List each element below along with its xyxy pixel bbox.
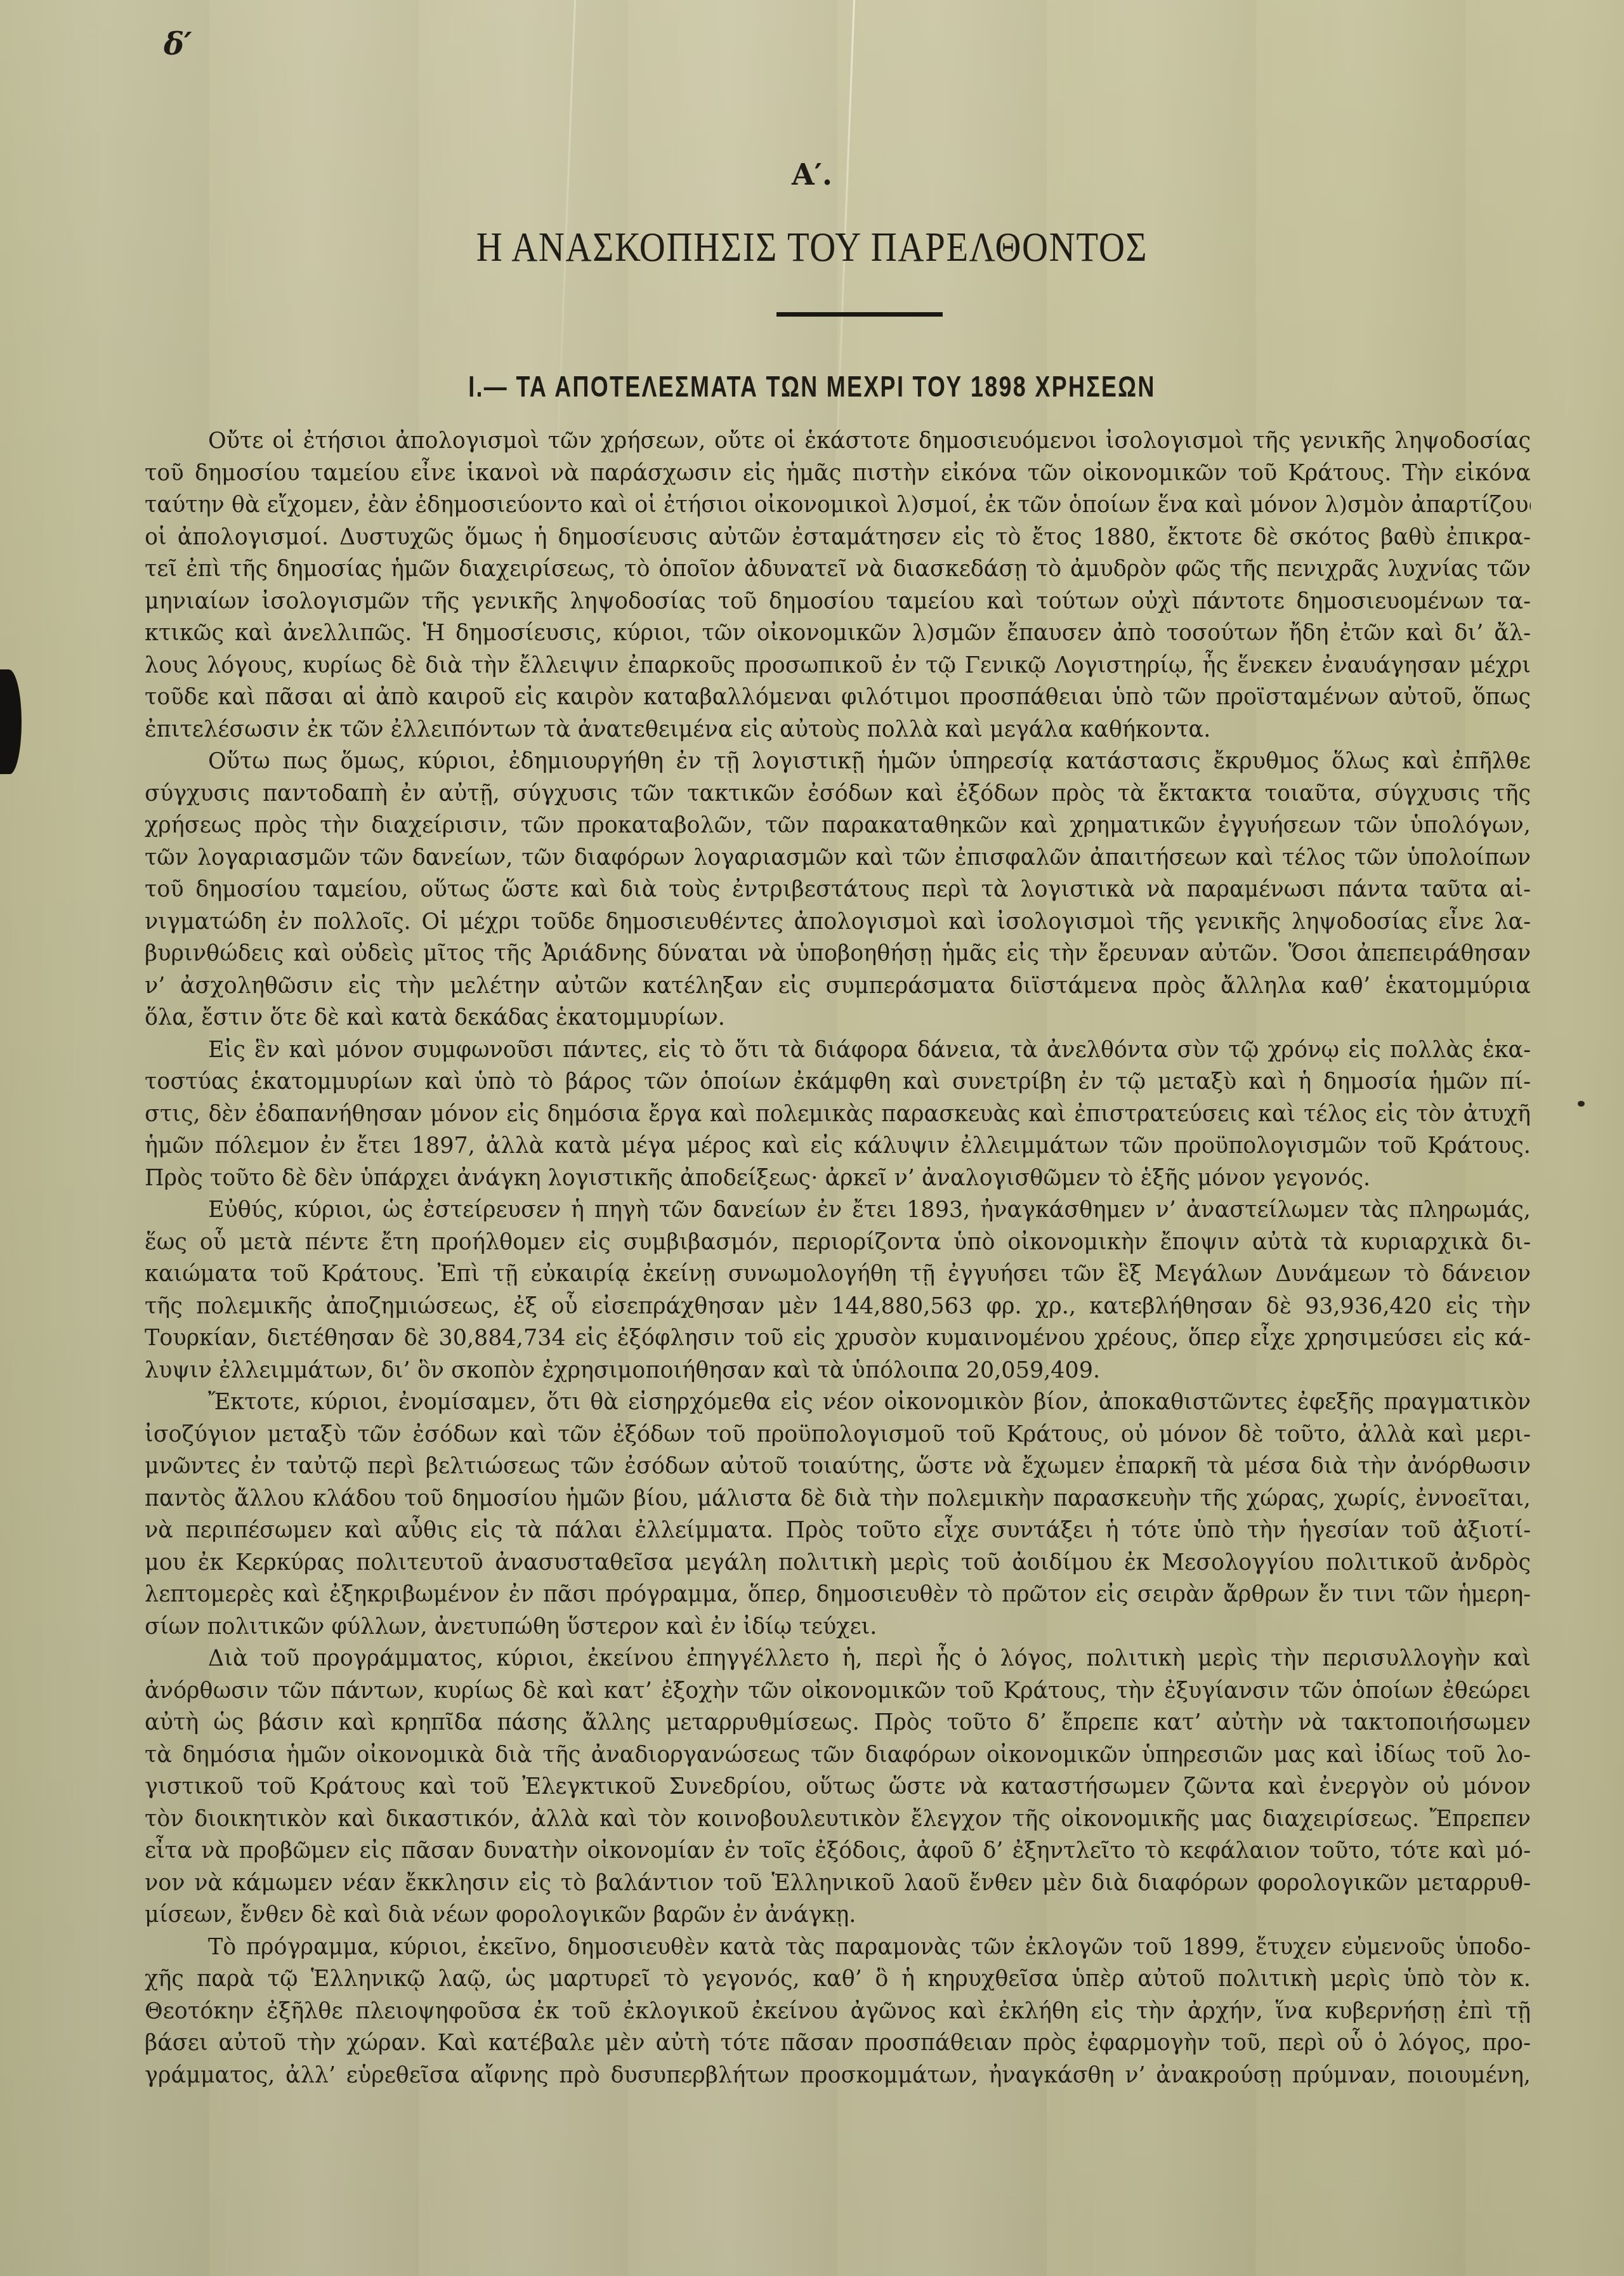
text-line: χῆς παρὰ τῷ Ἑλληνικῷ λαῷ, ὡς μαρτυρεῖ τὸ… (145, 1963, 1531, 1996)
text-line: σίων πολιτικῶν φύλλων, ἀνετυπώθη ὕστερον… (145, 1611, 1531, 1643)
text-line: ὅλα, ἔστιν ὅτε δὲ καὶ κατὰ δεκάδας ἑκατο… (145, 1002, 1531, 1034)
text-line: Θεοτόκην ἐξῆλθε πλειοψηφοῦσα ἐκ τοῦ ἐκλο… (145, 1996, 1531, 2028)
text-line: μηνιαίων ἰσολογισμῶν τῆς γενικῆς ληψοδοσ… (145, 586, 1531, 618)
text-line: σύγχυσις παντοδαπὴ ἐν αὐτῇ, σύγχυσις τῶν… (145, 778, 1531, 810)
text-line: μνῶντες ἐν ταὐτῷ περὶ βελτιώσεως τῶν ἐσό… (145, 1450, 1531, 1483)
text-line: ἀνόρθωσιν τῶν πάντων, κυρίως δὲ καὶ κατ’… (145, 1675, 1531, 1707)
section-letter: Α′. (0, 157, 1624, 192)
text-line: Τουρκίαν, διετέθησαν δὲ 30,884,734 εἰς ἐ… (145, 1322, 1531, 1355)
body-text: Οὔτε οἱ ἐτήσιοι ἀπολογισμοὶ τῶν χρήσεων,… (145, 425, 1531, 2091)
text-line: τοῦ δημοσίου ταμείου, οὕτως ὥστε καὶ διὰ… (145, 874, 1531, 906)
text-line: τοῦ δημοσίου ταμείου εἶνε ἱκανοὶ νὰ παρά… (145, 457, 1531, 490)
paragraph-first-line: Τὸ πρόγραμμα, κύριοι, ἐκεῖνο, δημοσιευθὲ… (145, 1931, 1531, 1964)
stray-ink-dot (1578, 1101, 1585, 1107)
section-subtitle: I.— ΤΑ ΑΠΟΤΕΛΕΣΜΑΤΑ ΤΩΝ ΜΕΧΡΙ ΤΟΥ 1898 Χ… (179, 369, 1446, 404)
paragraph-first-line: Οὔτε οἱ ἐτήσιοι ἀπολογισμοὶ τῶν χρήσεων,… (145, 425, 1531, 457)
text-line: μου ἐκ Κερκύρας πολιτευτοῦ ἀνασυσταθεῖσα… (145, 1547, 1531, 1579)
paragraph-first-line: Οὕτω πως ὅμως, κύριοι, ἐδημιουργήθη ἐν τ… (145, 746, 1531, 778)
text-line: γιστικοῦ τοῦ Κράτους καὶ τοῦ Ἐλεγκτικοῦ … (145, 1771, 1531, 1803)
text-line: οἱ ἀπολογισμοί. Δυστυχῶς ὅμως ἡ δημοσίευ… (145, 522, 1531, 554)
text-line: τοῦδε καὶ πᾶσαι αἱ ἀπὸ καιροῦ εἰς καιρὸν… (145, 681, 1531, 714)
text-line: βυρινθώδεις καὶ οὐδεὶς μῖτος τῆς Ἀριάδνη… (145, 938, 1531, 970)
title-divider (776, 312, 943, 317)
text-line: κτικῶς καὶ ἀνελλιπῶς. Ἡ δημοσίευσις, κύρ… (145, 617, 1531, 650)
text-line: λυψιν ἐλλειμμάτων, δι’ ὃν σκοπὸν ἐχρησιμ… (145, 1355, 1531, 1387)
page-number: δ′ (164, 27, 192, 62)
paragraph-first-line: Ἔκτοτε, κύριοι, ἐνομίσαμεν, ὅτι θὰ εἰσηρ… (145, 1386, 1531, 1419)
text-line: χρήσεως πρὸς τὴν διαχείρισιν, τῶν προκατ… (145, 810, 1531, 842)
text-line: τῆς πολεμικῆς ἀποζημιώσεως, ἐξ οὗ εἰσεπρ… (145, 1291, 1531, 1323)
text-line: ν’ ἀσχοληθῶσιν εἰς τὴν μελέτην αὐτῶν κατ… (145, 970, 1531, 1003)
text-line: αὐτὴ ὡς βάσιν καὶ κρηπῖδα πάσης ἄλλης με… (145, 1707, 1531, 1739)
text-line: νιγματώδη ἐν πολλοῖς. Οἱ μέχρι τοῦδε δημ… (145, 906, 1531, 938)
paragraph-first-line: Εὐθύς, κύριοι, ὡς ἐστείρευσεν ἡ πηγὴ τῶν… (145, 1194, 1531, 1227)
page-title: Η ΑΝΑΣΚΟΠΗΣΙΣ ΤΟΥ ΠΑΡΕΛΘΟΝΤΟΣ (114, 223, 1510, 272)
text-line: εἶτα νὰ προβῶμεν εἰς πᾶσαν δυνατὴν οἰκον… (145, 1835, 1531, 1867)
paragraph-first-line: Εἰς ἓν καὶ μόνον συμφωνοῦσι πάντες, εἰς … (145, 1034, 1531, 1067)
text-line: παντὸς ἄλλου κλάδου τοῦ δημοσίου ἡμῶν βί… (145, 1483, 1531, 1515)
text-line: ἕως οὗ μετὰ πέντε ἔτη προήλθομεν εἰς συμ… (145, 1227, 1531, 1259)
text-line: καιώματα τοῦ Κράτους. Ἐπὶ τῇ εὐκαιρίᾳ ἐκ… (145, 1258, 1531, 1291)
text-line: μίσεων, ἔνθεν δὲ καὶ διὰ νέων φορολογικῶ… (145, 1899, 1531, 1931)
text-line: τῶν λογαριασμῶν τῶν δανείων, τῶν διαφόρω… (145, 842, 1531, 874)
text-line: τὰ δημόσια ἡμῶν οἰκονομικὰ διὰ τῆς ἀναδι… (145, 1739, 1531, 1772)
paragraph-first-line: Διὰ τοῦ προγράμματος, κύριοι, ἐκείνου ἐπ… (145, 1643, 1531, 1675)
ink-blot-mark (0, 669, 22, 774)
text-line: λους λόγους, κυρίως δὲ διὰ τὴν ἔλλειψιν … (145, 650, 1531, 682)
text-line: τὸν διοικητικὸν καὶ δικαστικόν, ἀλλὰ καὶ… (145, 1803, 1531, 1836)
text-line: Πρὸς τοῦτο δὲ δὲν ὑπάρχει ἀνάγκη λογιστι… (145, 1162, 1531, 1195)
text-line: νον νὰ κάμωμεν νέαν ἔκκλησιν εἰς τὸ βαλά… (145, 1867, 1531, 1900)
text-line: τοστύας ἑκατομμυρίων καὶ ὑπὸ τὸ βάρος τῶ… (145, 1066, 1531, 1098)
text-line: νὰ περιπέσωμεν καὶ αὖθις εἰς τὰ πάλαι ἐλ… (145, 1515, 1531, 1547)
text-line: ἡμῶν πόλεμον ἐν ἔτει 1897, ἀλλὰ κατὰ μέγ… (145, 1130, 1531, 1162)
text-line: ἐπιτελέσωσιν ἐκ τῶν ἐλλειπόντων τὰ ἀνατε… (145, 714, 1531, 746)
text-line: ἰσοζύγιον μεταξὺ τῶν ἐσόδων καὶ τῶν ἐξόδ… (145, 1419, 1531, 1451)
text-line: τεῖ ἐπὶ τῆς δημοσίας ἡμῶν διαχειρίσεως, … (145, 553, 1531, 586)
text-line: βάσει αὐτοῦ τὴν χώραν. Καὶ κατέβαλε μὲν … (145, 2027, 1531, 2060)
text-line: λεπτομερὲς καὶ ἐξηκριβωμένον ἐν πᾶσι πρό… (145, 1579, 1531, 1611)
text-line: στις, δὲν ἐδαπανήθησαν μόνον εἰς δημόσια… (145, 1098, 1531, 1131)
text-line: ταύτην θὰ εἴχομεν, ἐὰν ἐδημοσιεύοντο καὶ… (145, 489, 1531, 522)
text-line: γράμματος, ἀλλ’ εὑρεθεῖσα αἴφνης πρὸ δυσ… (145, 2060, 1531, 2092)
